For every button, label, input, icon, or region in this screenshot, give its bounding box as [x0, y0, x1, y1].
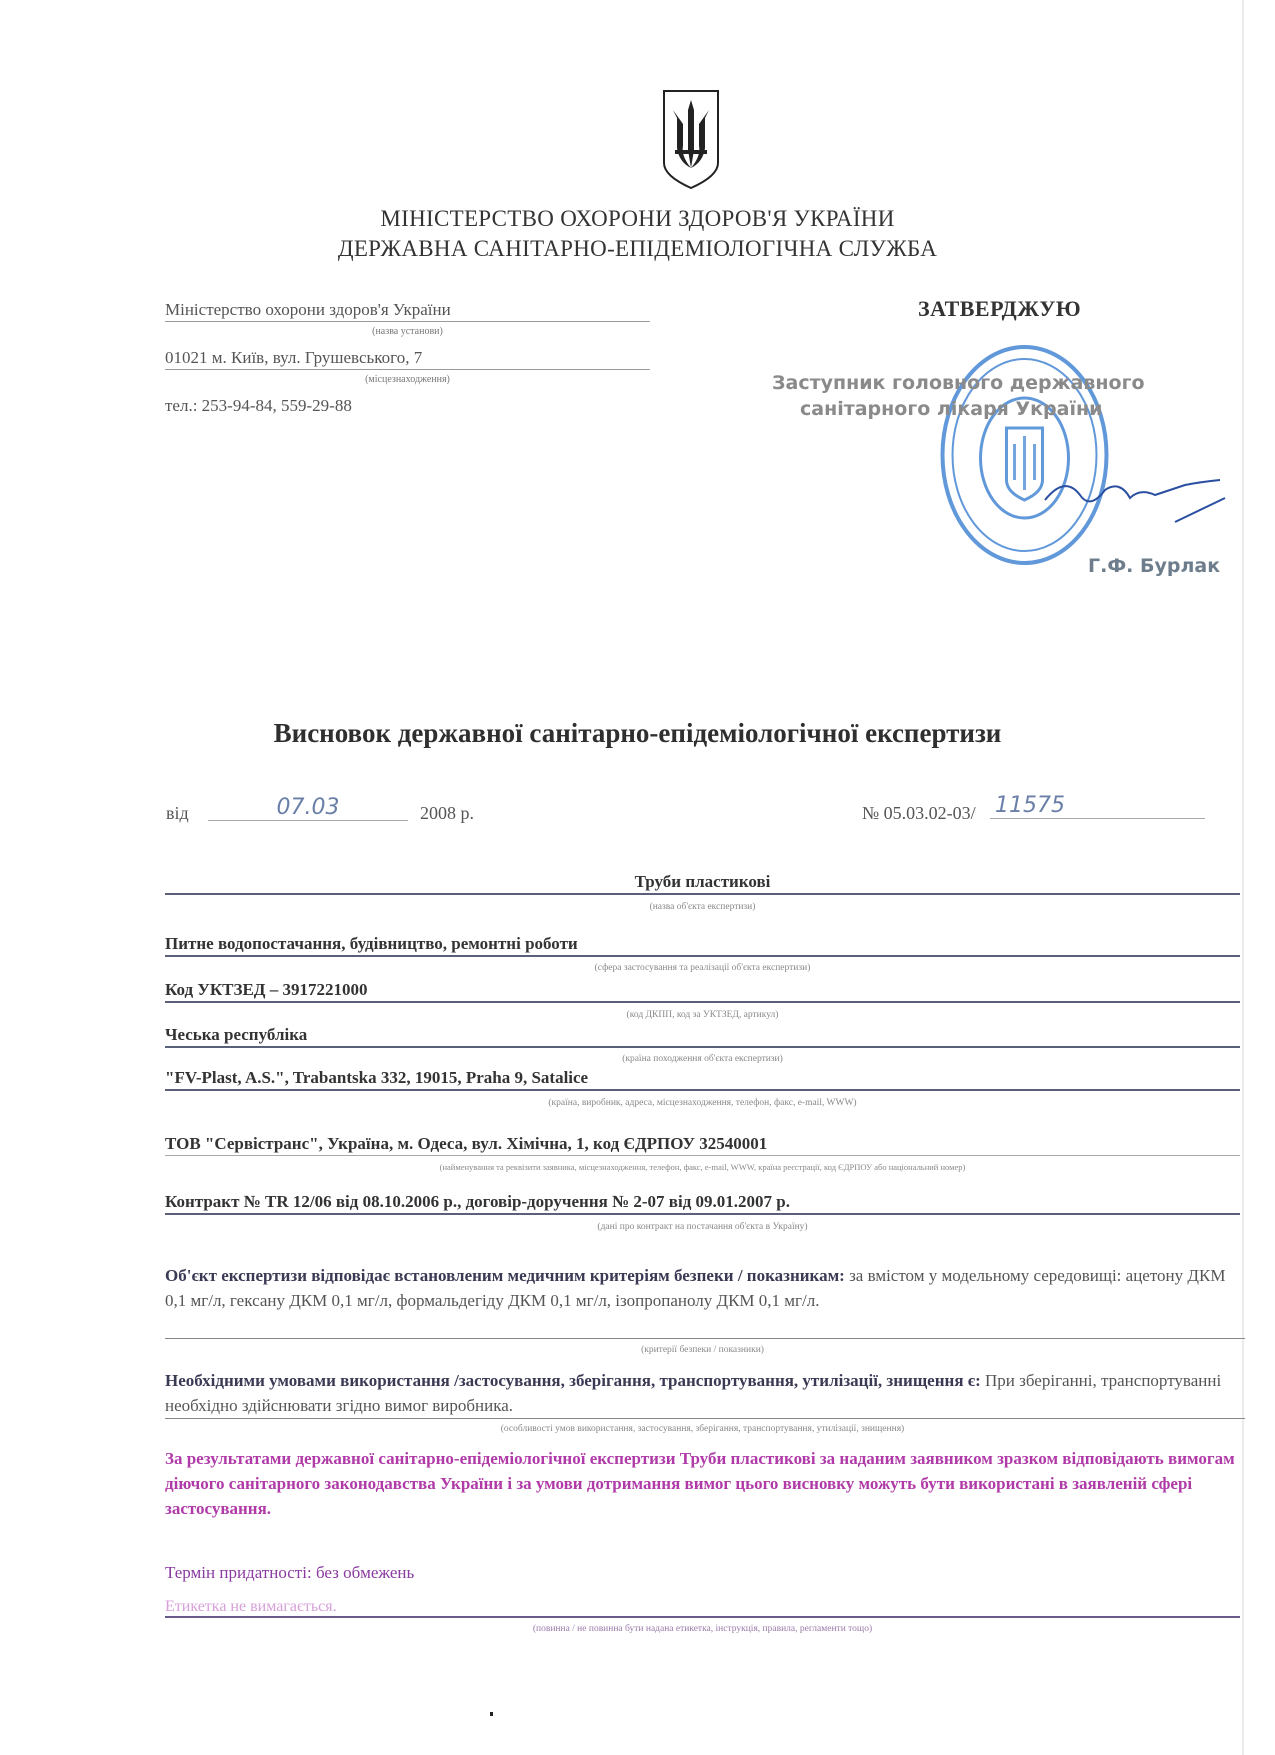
scan-speck — [490, 1712, 493, 1716]
date-year: 2008 р. — [420, 803, 474, 824]
document-title: Висновок державної санітарно-епідеміолог… — [0, 718, 1275, 749]
signature-icon — [1035, 460, 1235, 530]
product-code: Код УКТЗЕД – 3917221000 — [165, 980, 1240, 1003]
ukraine-trident-emblem-icon — [661, 88, 721, 190]
shelf-life-value: без обмежень — [312, 1563, 415, 1582]
applicant: ТОВ "Сервістранс", Україна, м. Одеса, ву… — [165, 1134, 1240, 1156]
service-name: ДЕРЖАВНА САНІТАРНО-ЕПІДЕМІОЛОГІЧНА СЛУЖБ… — [0, 236, 1275, 262]
number-value: 11575 — [990, 793, 1065, 818]
country-of-origin: Чеська республіка — [165, 1025, 1240, 1048]
usage-conditions-lead: Необхідними умовами використання /застос… — [165, 1371, 981, 1390]
institution-name: Міністерство охорони здоров'я України — [165, 300, 650, 322]
shelf-life: Термін придатності: без обмежень — [165, 1563, 414, 1583]
ministry-name: МІНІСТЕРСТВО ОХОРОНИ ЗДОРОВ'Я УКРАЇНИ — [0, 206, 1275, 232]
manufacturer: "FV-Plast, A.S.", Trabantska 332, 19015,… — [165, 1068, 1240, 1091]
safety-criteria-lead: Об'єкт експертизи відповідає встановлени… — [165, 1266, 845, 1285]
approver-position-line2: санітарного лікаря України — [800, 398, 1102, 420]
application-scope-caption: (сфера застосування та реалізації об'єкт… — [165, 963, 1240, 973]
safety-criteria: Об'єкт експертизи відповідає встановлени… — [165, 1263, 1245, 1339]
approval-heading: ЗАТВЕРДЖУЮ — [918, 296, 1081, 322]
conclusion-text: За результатами державної санітарно-епід… — [165, 1446, 1245, 1522]
labeling-caption: (повинна / не повинна бути надана етикет… — [165, 1624, 1240, 1634]
date-prefix: від — [166, 803, 189, 824]
usage-conditions: Необхідними умовами використання /застос… — [165, 1368, 1245, 1419]
institution-name-caption: (назва установи) — [165, 326, 650, 337]
labeling-requirement: Етикетка не вимагається. — [165, 1598, 1240, 1618]
institution-address: 01021 м. Київ, вул. Грушевського, 7 — [165, 348, 650, 370]
shelf-life-label: Термін придатності: — [165, 1563, 312, 1582]
contract-details: Контракт № TR 12/06 від 08.10.2006 р., д… — [165, 1192, 1240, 1215]
safety-criteria-caption: (критерії безпеки / показники) — [165, 1345, 1240, 1355]
date-handwritten: 07.03 — [208, 795, 408, 821]
product-code-caption: (код ДКПП, код за УКТЗЕД, артикул) — [165, 1010, 1240, 1020]
number-prefix: № 05.03.02-03/ — [862, 803, 976, 824]
manufacturer-caption: (країна, виробник, адреса, місцезнаходже… — [165, 1098, 1240, 1108]
object-name-caption: (назва об'єкта експертизи) — [165, 902, 1240, 912]
application-scope: Питне водопостачання, будівництво, ремон… — [165, 934, 1240, 957]
institution-address-caption: (місцезнаходження) — [165, 374, 650, 385]
country-of-origin-caption: (країна походження об'єкта експертизи) — [165, 1054, 1240, 1064]
object-name: Труби пластикові — [165, 872, 1240, 895]
approver-position-line1: Заступник головного державного — [772, 372, 1145, 394]
contract-details-caption: (дані про контракт на постачання об'єкта… — [165, 1222, 1240, 1232]
institution-phone: тел.: 253-94-84, 559-29-88 — [165, 396, 352, 416]
number-handwritten: 11575 — [990, 793, 1205, 819]
applicant-caption: (найменування та реквізити заявника, міс… — [165, 1162, 1240, 1172]
usage-conditions-caption: (особливості умов використання, застосув… — [165, 1424, 1240, 1434]
signer-name: Г.Ф. Бурлак — [1088, 555, 1220, 577]
